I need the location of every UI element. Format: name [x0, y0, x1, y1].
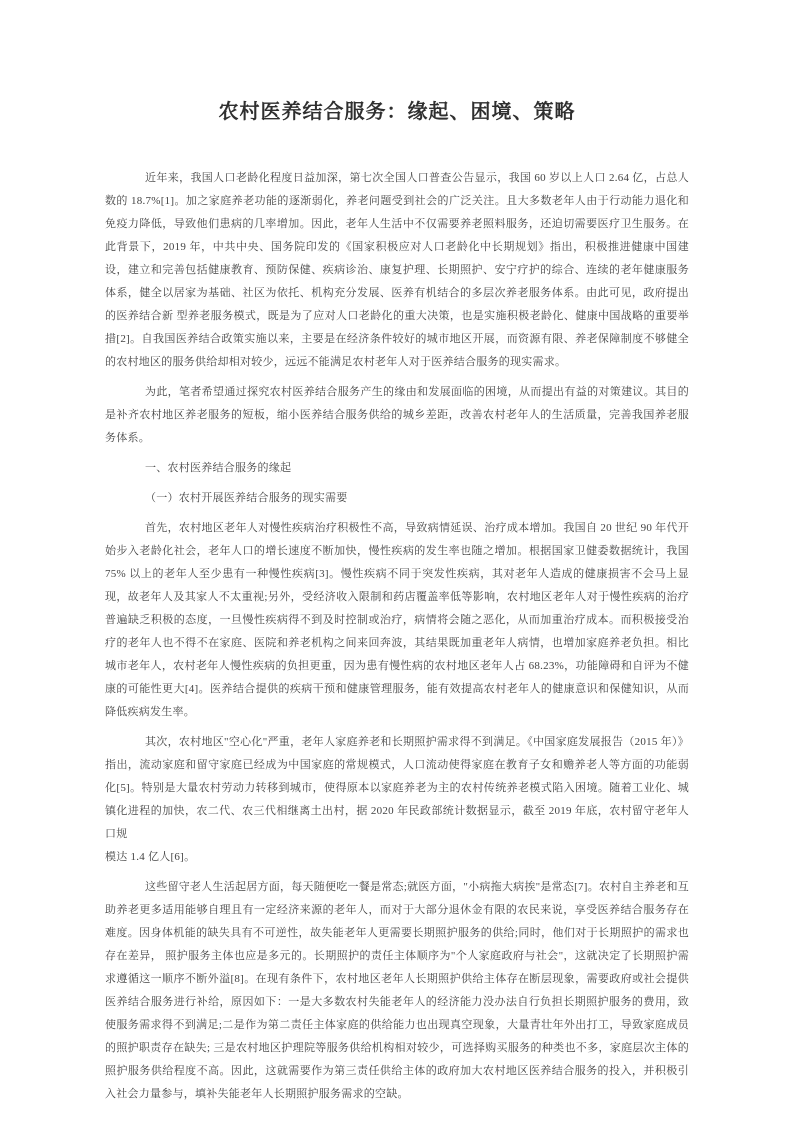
- document-title: 农村医养结合服务：缘起、困境、策略: [105, 97, 689, 127]
- paragraph-research-purpose: 为此，笔者希望通过探究农村医养结合服务产生的缘由和发展面临的困境，从而提出有益的…: [105, 381, 689, 450]
- section-heading-origin: 一、农村医养结合服务的缘起: [105, 457, 689, 480]
- paragraph-hollowing-out: 其次，农村地区"空心化"严重，老年人家庭养老和长期照护需求得不到满足。《中国家庭…: [105, 731, 689, 869]
- subsection-heading-practical-need: （一）农村开展医养结合服务的现实需要: [105, 487, 689, 510]
- paragraph-left-behind-elderly: 这些留守老人生活起居方面，每天随便吃一餐是常态;就医方面，"小病拖大病挨"是常态…: [105, 876, 689, 1106]
- document-page: 农村医养结合服务：缘起、困境、策略 近年来，我国人口老龄化程度日益加深，第七次全…: [0, 0, 794, 1122]
- paragraph-chronic-disease: 首先，农村地区老年人对慢性疾病治疗积极性不高，导致病情延误、治疗成本增加。我国自…: [105, 517, 689, 724]
- paragraph-intro-aging: 近年来，我国人口老龄化程度日益加深，第七次全国人口普查公告显示，我国 60 岁以…: [105, 167, 689, 374]
